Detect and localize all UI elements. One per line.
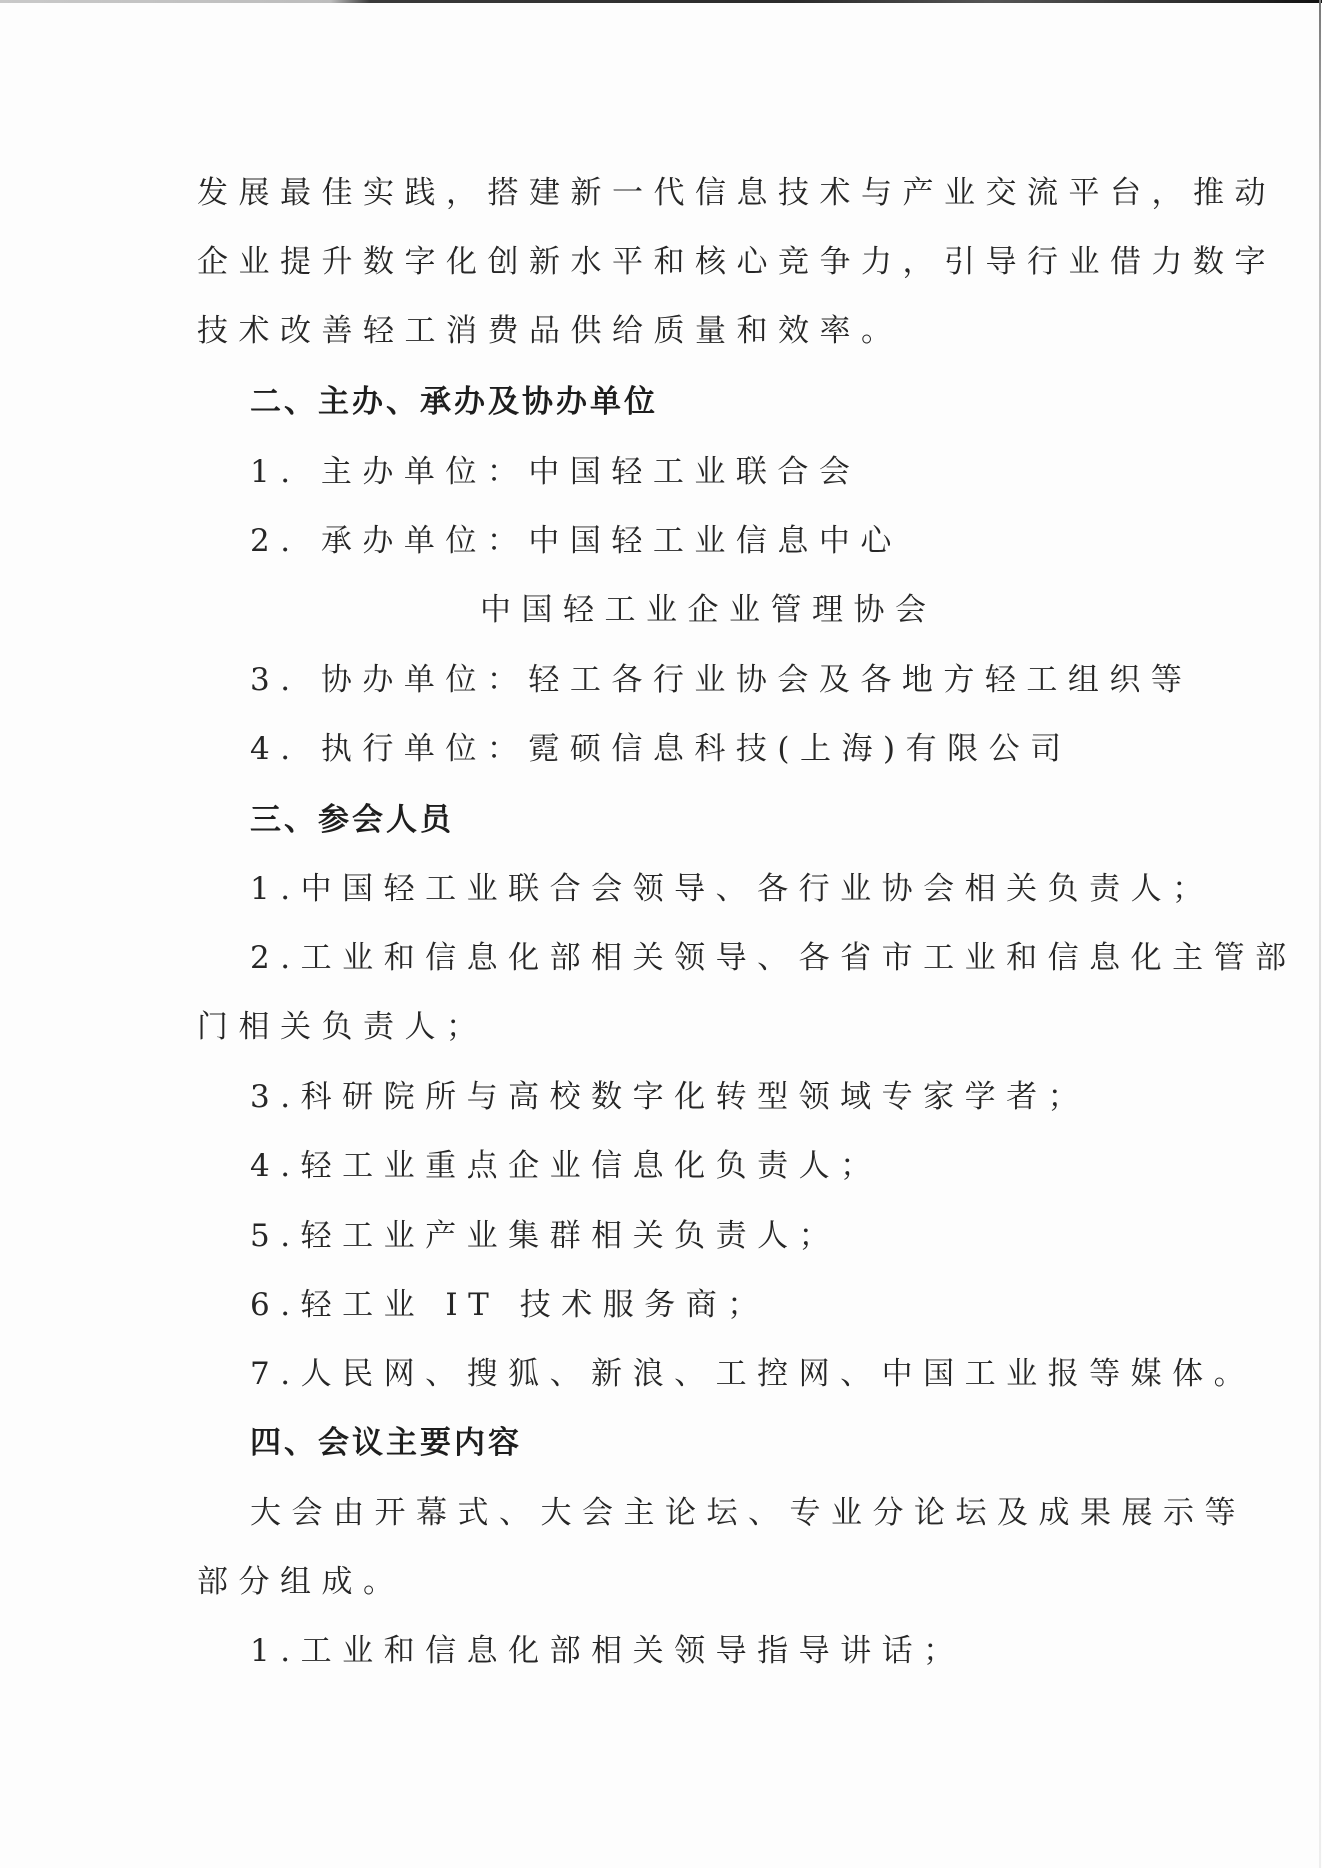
paragraph-line: 发展最佳实践，搭建新一代信息技术与产业交流平台，推动 [197,168,1276,218]
list-item-organizer: 2. 承办单位：中国轻工业信息中心 [250,516,902,566]
list-item: 5.轻工业产业集群相关负责人； [250,1211,840,1261]
list-item: 2.工业和信息化部相关领导、各省市工业和信息化主管部 [250,933,1297,983]
list-item-co-organizer: 3. 协办单位：轻工各行业协会及各地方轻工组织等 [250,655,1192,705]
section-heading: 四、会议主要内容 [250,1418,522,1468]
paragraph-line: 部分组成。 [197,1557,405,1607]
list-item: 7.人民网、搜狐、新浪、工控网、中国工业报等媒体。 [250,1349,1255,1399]
section-heading: 二、主办、承办及协办单位 [250,377,658,427]
list-item: 1.工业和信息化部相关领导指导讲话； [250,1626,965,1676]
list-item: 3.科研院所与高校数字化转型领域专家学者； [250,1072,1089,1122]
list-item-continued: 门相关负责人； [197,1002,488,1052]
list-item-executor: 4. 执行单位：霓硕信息科技(上海)有限公司 [250,724,1072,774]
list-item-organizer-continued: 中国轻工业企业管理协会 [480,585,937,635]
section-heading: 三、参会人员 [250,795,454,845]
list-item: 1.中国轻工业联合会领导、各行业协会相关负责人； [250,864,1214,914]
paragraph-line: 技术改善轻工消费品供给质量和效率。 [197,306,903,356]
list-item-host: 1. 主办单位：中国轻工业联合会 [250,447,860,497]
paragraph-line: 大会由开幕式、大会主论坛、专业分论坛及成果展示等 [250,1488,1246,1538]
list-item: 4.轻工业重点企业信息化负责人； [250,1141,882,1191]
list-item: 6.轻工业 IT 技术服务商； [250,1280,769,1330]
paragraph-line: 企业提升数字化创新水平和核心竞争力，引导行业借力数字 [197,237,1276,287]
document-page: 发展最佳实践，搭建新一代信息技术与产业交流平台，推动 企业提升数字化创新水平和核… [0,0,1322,1868]
